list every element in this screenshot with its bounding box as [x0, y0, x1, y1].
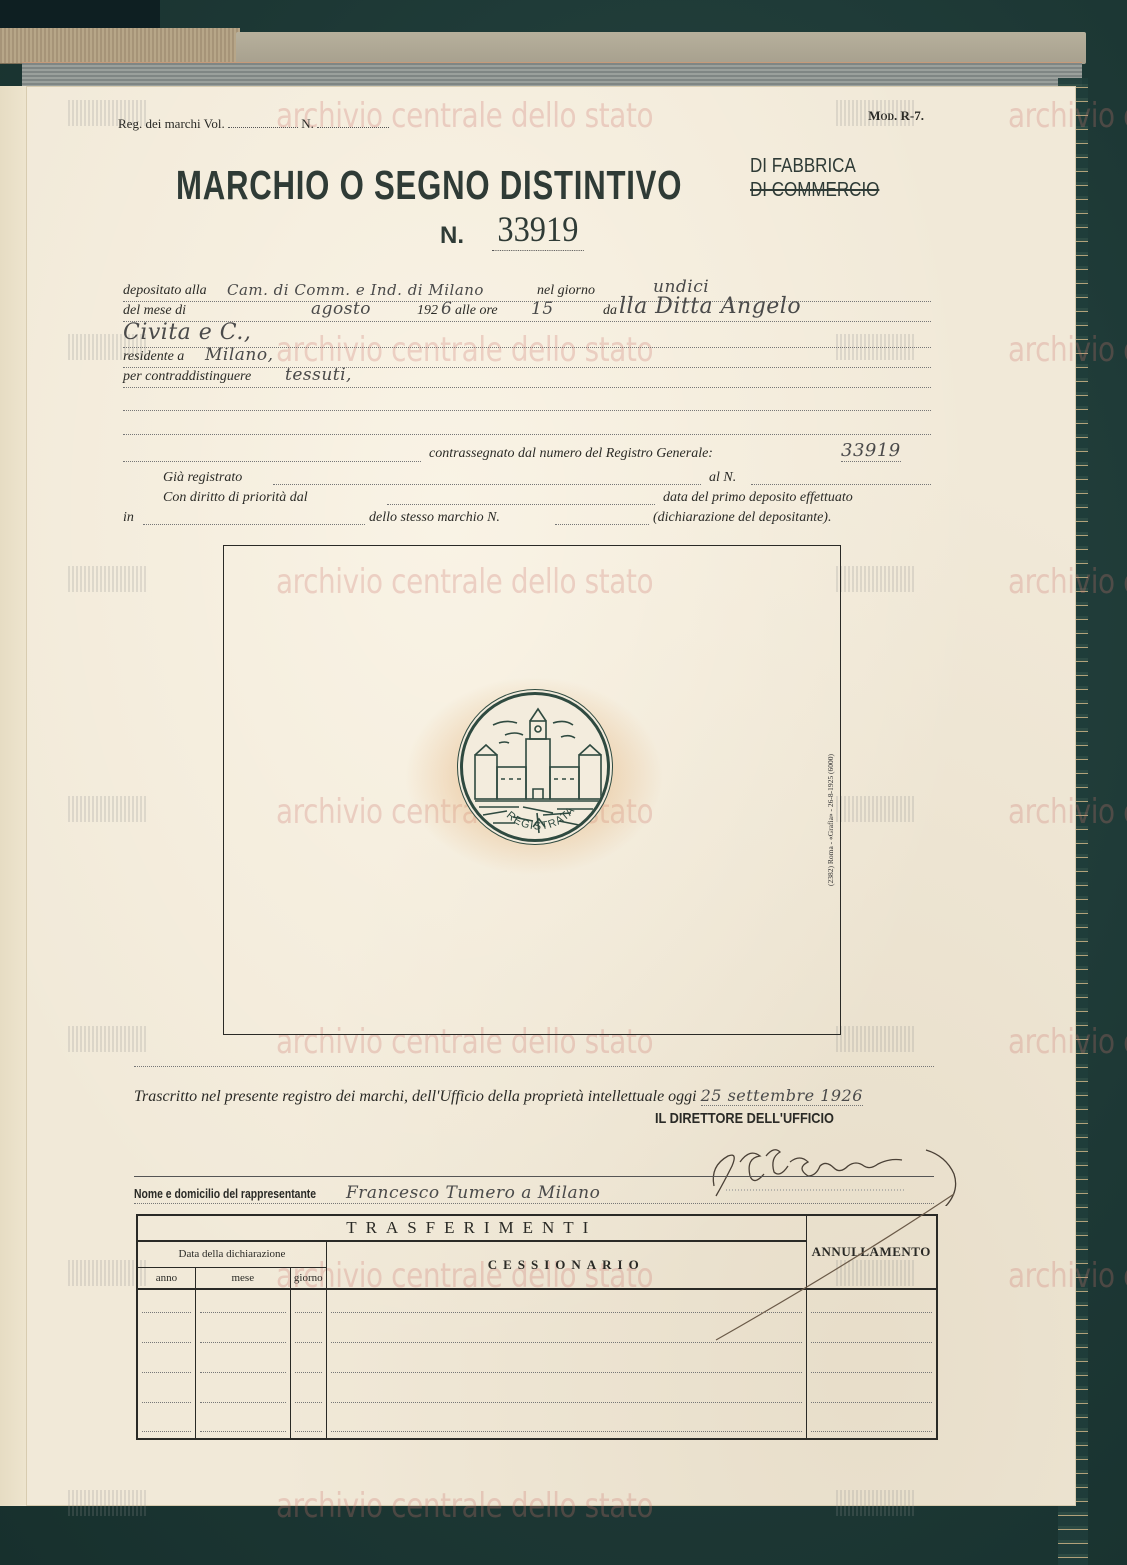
table-header-row: TRASFERIMENTI ANNULLAMENTO: [137, 1215, 937, 1241]
table-row: [137, 1319, 937, 1349]
day-header: giorno: [290, 1267, 326, 1289]
purpose-label: per contraddistinguere: [123, 369, 251, 385]
cell-mese: [195, 1349, 290, 1379]
same-mark-line: in dello stesso marchio N. (dichiarazion…: [123, 508, 931, 528]
already-registered-label: Già registrato: [163, 470, 242, 486]
cell-cessionario: [326, 1409, 806, 1439]
printer-note-wrap: (2382) Roma - «Grafia» - 26-8-1925 (6000…: [826, 686, 838, 896]
watermark-logo: [68, 796, 148, 822]
representative-value: Francesco Tumero a Milano: [346, 1183, 600, 1203]
director-label: IL DIRETTORE DELL'UFFICIO: [655, 1110, 834, 1127]
assignee-header: CESSIONARIO: [326, 1241, 806, 1289]
month-header: mese: [195, 1267, 290, 1289]
cell-annullamento: [806, 1319, 937, 1349]
year-header: anno: [137, 1267, 195, 1289]
register-volume-label: Reg. dei marchi Vol.: [118, 116, 225, 131]
cell-anno: [137, 1379, 195, 1409]
mark-type-commerce-struck: DI COMMERCIO: [750, 178, 879, 202]
mark-number: 33919: [492, 208, 584, 251]
register-volume-field: [228, 118, 298, 128]
cancel-header: ANNULLAMENTO: [806, 1215, 937, 1289]
blank-line: [123, 434, 931, 435]
cell-annullamento: [806, 1349, 937, 1379]
al-n-label: al N.: [709, 470, 736, 486]
watermark-logo: [836, 796, 916, 822]
al-n-field: [751, 484, 931, 485]
cell-giorno: [290, 1379, 326, 1409]
same-mark-label: dello stesso marchio N.: [369, 510, 500, 526]
watermark-logo: [836, 566, 916, 592]
blank-field: [123, 461, 421, 462]
svg-text:REGISTRATA: REGISTRATA: [504, 804, 577, 832]
cell-anno: [137, 1289, 195, 1319]
resident-value: Milano,: [205, 345, 274, 365]
mark-type-factory: DI FABBRICA: [750, 154, 879, 178]
hour-value: 15: [531, 299, 554, 319]
deposit-line-5: per contraddistinguere tessuti,: [123, 368, 931, 388]
cell-anno: [137, 1409, 195, 1439]
mark-image-box: REGISTRATA (2382) Roma - «Grafia» - 26-8…: [223, 545, 841, 1035]
cell-mese: [195, 1319, 290, 1349]
priority-line: Con diritto di priorità dal data del pri…: [123, 488, 931, 508]
mark-type: DI FABBRICA DI COMMERCIO: [750, 154, 879, 202]
table-row: [137, 1379, 937, 1409]
month-value: agosto: [311, 299, 371, 319]
day-label: nel giorno: [537, 283, 595, 299]
cell-cessionario: [326, 1289, 806, 1319]
model-code: Mod. R-7.: [868, 108, 924, 124]
blank-line: [123, 410, 931, 411]
deposit-line-4: residente a Milano,: [123, 348, 931, 368]
already-registered-field: [273, 484, 701, 485]
same-mark-field: [555, 524, 649, 525]
in-label: in: [123, 510, 134, 526]
castle-icon: REGISTRATA: [463, 695, 610, 842]
spine-cloth: [0, 28, 240, 64]
representative-line: Nome e domicilio del rappresentante Fran…: [134, 1182, 934, 1204]
cell-cessionario: [326, 1319, 806, 1349]
general-register-label: contrassegnato dal numero del Registro G…: [429, 446, 713, 462]
table-row: [137, 1289, 937, 1319]
register-number-label: N.: [301, 116, 314, 131]
first-deposit-label: data del primo deposito effettuato: [663, 490, 853, 506]
cell-giorno: [290, 1349, 326, 1379]
cell-mese: [195, 1409, 290, 1439]
table-row: [137, 1349, 937, 1379]
general-register-value: 33919: [841, 440, 901, 462]
year-suffix: 6: [441, 299, 452, 319]
from-label: da: [603, 303, 617, 319]
resident-label: residente a: [123, 349, 184, 365]
page-stack-edge: [22, 62, 1082, 86]
cell-annullamento: [806, 1409, 937, 1439]
cell-anno: [137, 1319, 195, 1349]
year-prefix: 192: [417, 303, 438, 319]
deposited-at-value: Cam. di Comm. e Ind. di Milano: [227, 281, 484, 299]
representative-label: Nome e domicilio del rappresentante: [134, 1186, 316, 1201]
separator-line: [134, 1176, 934, 1177]
blank-line: [134, 1066, 934, 1067]
general-register-line: contrassegnato dal numero del Registro G…: [123, 442, 931, 464]
mark-number-label: N.: [440, 222, 464, 250]
cell-annullamento: [806, 1379, 937, 1409]
watermark-logo: [68, 1026, 148, 1052]
transfers-header: TRASFERIMENTI: [137, 1215, 806, 1241]
month-label: del mese di: [123, 303, 186, 319]
date-header: Data della dichiarazione: [137, 1241, 326, 1267]
cell-anno: [137, 1349, 195, 1379]
cell-cessionario: [326, 1349, 806, 1379]
declaration-label: (dichiarazione del depositante).: [653, 510, 831, 526]
register-volume-line: Reg. dei marchi Vol. N.: [118, 116, 389, 132]
transcription-line: Trascritto nel presente registro dei mar…: [134, 1086, 863, 1106]
transcription-text: Trascritto nel presente registro dei mar…: [134, 1088, 697, 1105]
register-page: archivio centrale dello stato archivio c…: [26, 86, 1076, 1506]
printer-note: (2382) Roma - «Grafia» - 26-8-1925 (6000…: [826, 686, 835, 886]
cell-annullamento: [806, 1289, 937, 1319]
from-value-continued: Civita e C.,: [123, 320, 251, 345]
cell-giorno: [290, 1289, 326, 1319]
watermark-logo: [68, 566, 148, 592]
from-value: lla Ditta Angelo: [619, 294, 801, 319]
register-number-field: [317, 118, 389, 128]
cell-giorno: [290, 1319, 326, 1349]
document-title: MARCHIO O SEGNO DISTINTIVO: [176, 162, 682, 209]
registration-seal: REGISTRATA: [460, 692, 610, 842]
transcription-date: 25 settembre 1926: [701, 1086, 863, 1106]
cell-mese: [195, 1289, 290, 1319]
transfers-table: TRASFERIMENTI ANNULLAMENTO Data della di…: [136, 1214, 938, 1440]
hour-label: alle ore: [455, 303, 498, 319]
watermark-logo: [836, 1026, 916, 1052]
deposit-line-2: del mese di agosto 192 6 alle ore 15 da …: [123, 302, 931, 322]
table-row: [137, 1409, 937, 1439]
in-field: [143, 524, 365, 525]
priority-field: [387, 504, 655, 505]
cell-mese: [195, 1379, 290, 1409]
cell-giorno: [290, 1409, 326, 1439]
cover-shadow: [0, 0, 160, 30]
seal-text: REGISTRATA: [504, 804, 577, 832]
deposit-line-1: depositato alla Cam. di Comm. e Ind. di …: [123, 282, 931, 302]
already-registered-line: Già registrato al N.: [123, 468, 931, 488]
book-board-edge: [236, 32, 1086, 64]
cell-cessionario: [326, 1379, 806, 1409]
purpose-value: tessuti,: [285, 365, 352, 385]
deposited-at-label: depositato alla: [123, 283, 207, 299]
priority-label: Con diritto di priorità dal: [163, 490, 308, 506]
